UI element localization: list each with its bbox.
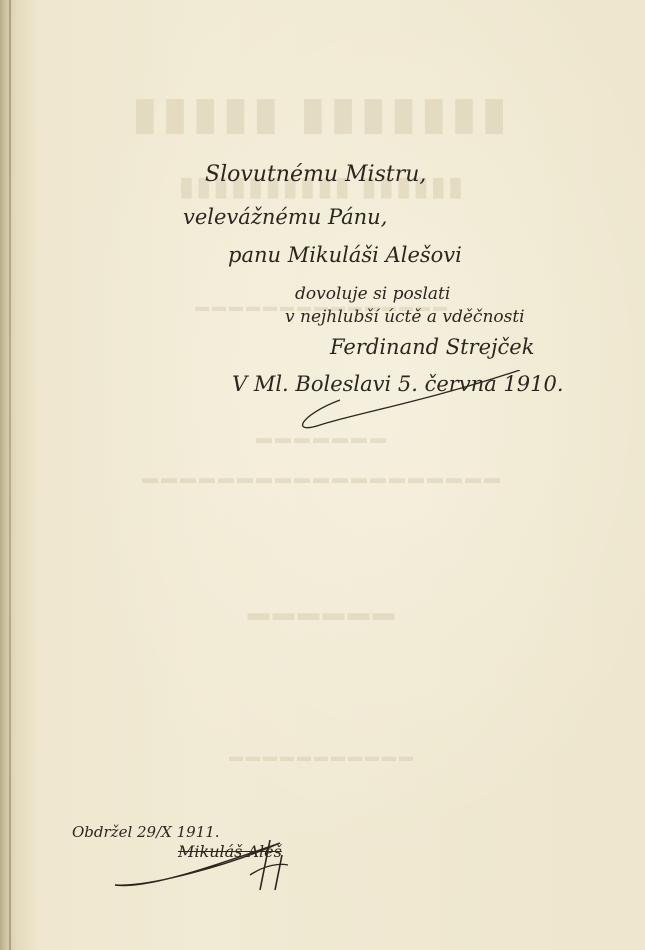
author-signature: Ferdinand Strejček [330, 335, 534, 359]
dedication-line-1: Slovutnému Mistru, [205, 162, 426, 187]
show-through-line: ▬▬▬▬▬▬ [0, 600, 645, 626]
dedication-line-2: velevážnému Pánu, [183, 205, 387, 229]
show-through-line: ▬▬▬▬▬▬▬▬▬▬▬ [0, 750, 645, 766]
dedication-line-3: panu Mikuláši Alešovi [228, 243, 462, 267]
recipient-signature-flourish-icon [110, 835, 290, 895]
dedication-line-5: v nejhlubší úctě a vděčnosti [285, 307, 525, 327]
show-through-title: ▮▮▮▮▮ ▮▮▮▮▮▮▮ [0, 88, 645, 139]
dedication-line-4: dovoluje si poslati [295, 284, 450, 304]
book-page: ▮▮▮▮▮ ▮▮▮▮▮▮▮ ▮▮▮▮▮▮▮▮▮▮ ▮▮▮▮▮▮ ▬▬▬▬▬▬▬▬… [0, 0, 645, 950]
place-date-line: V Ml. Boleslavi 5. června 1910. [232, 372, 564, 396]
show-through-line: ▬▬▬▬▬▬▬▬▬▬▬▬▬▬▬▬▬▬▬ [0, 470, 645, 488]
